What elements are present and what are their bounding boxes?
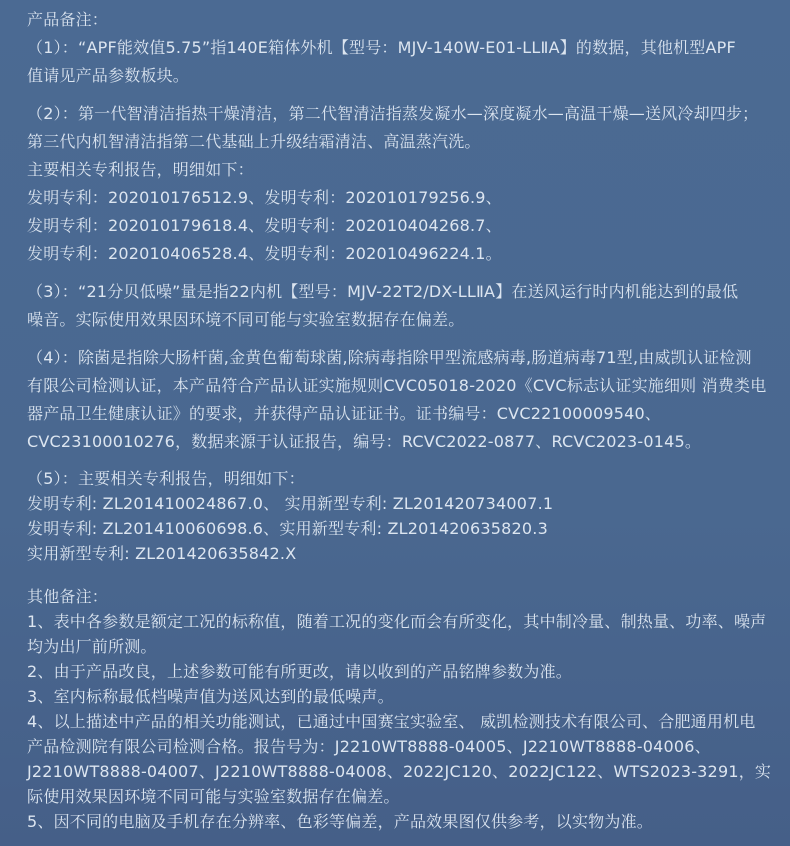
- patent-line: 发明专利：202010406528.4、发明专利：202010496224.1。: [27, 240, 770, 268]
- patent-line: 发明专利: ZL201410060698.6、实用新型专利: ZL2014206…: [27, 516, 770, 541]
- other-note-line: J2210WT8888-04007、J2210WT8888-04008、2022…: [27, 759, 770, 784]
- other-note-line: 1、表中各参数是额定工况的标称值，随着工况的变化而会有所变化，其中制冷量、制热量…: [27, 609, 770, 634]
- other-note-line: 3、室内标称最低档噪声值为送风达到的最低噪声。: [27, 684, 770, 709]
- note-line: 有限公司检测认证，本产品符合产品认证实施规则CVC05018-2020《CVC标…: [27, 372, 770, 400]
- note-paragraph-3: （3）：“21分贝低噪”量是指22内机【型号：MJV-22T2/DX-LLⅡA】…: [27, 278, 770, 334]
- other-note-line: 5、因不同的电脑及手机存在分辨率、色彩等偏差，产品效果图仅供参考，以实物为准。: [27, 809, 770, 834]
- patent-line: 实用新型专利: ZL201420635842.X: [27, 541, 770, 566]
- note-line: 噪音。实际使用效果因环境不同可能与实验室数据存在偏差。: [27, 306, 770, 334]
- other-note-line: 际使用效果因环境不同可能与实验室数据存在偏差。: [27, 784, 770, 809]
- note-line: （5）：主要相关专利报告，明细如下：: [27, 466, 770, 491]
- note-line: （2）：第一代智清洁指热干燥清洁，第二代智清洁指蒸发凝水—深度凝水—高温干燥—送…: [27, 100, 770, 128]
- note-paragraph-4: （4）：除菌是指除大肠杆菌,金黄色葡萄球菌,除病毒指除甲型流感病毒,肠道病毒71…: [27, 344, 770, 456]
- note-line: （1）：“APF能效值5.75”指140E箱体外机【型号：MJV-140W-E0…: [27, 34, 770, 62]
- note-line: （3）：“21分贝低噪”量是指22内机【型号：MJV-22T2/DX-LLⅡA】…: [27, 278, 770, 306]
- other-note-line: 产品检测院有限公司检测合格。报告号为：J2210WT8888-04005、J22…: [27, 734, 770, 759]
- patent-line: 发明专利：202010179618.4、发明专利：202010404268.7、: [27, 212, 770, 240]
- product-notes-title: 产品备注：: [27, 6, 770, 34]
- other-notes-block: 其他备注： 1、表中各参数是额定工况的标称值，随着工况的变化而会有所变化，其中制…: [27, 584, 770, 834]
- note-line: 值请见产品参数板块。: [27, 62, 770, 90]
- note-line: CVC23100010276，数据来源于认证报告，编号：RCVC2022-087…: [27, 428, 770, 456]
- other-note-line: 均为出厂前所测。: [27, 634, 770, 659]
- other-note-line: 2、由于产品改良，上述参数可能有所更改，请以收到的产品铭牌参数为准。: [27, 659, 770, 684]
- patent-line: 发明专利：202010176512.9、发明专利：202010179256.9、: [27, 184, 770, 212]
- note-paragraph-1: （1）：“APF能效值5.75”指140E箱体外机【型号：MJV-140W-E0…: [27, 34, 770, 90]
- note-paragraph-2: （2）：第一代智清洁指热干燥清洁，第二代智清洁指蒸发凝水—深度凝水—高温干燥—送…: [27, 100, 770, 268]
- note-paragraph-5: （5）：主要相关专利报告，明细如下： 发明专利: ZL201410024867.…: [27, 466, 770, 566]
- patent-line: 发明专利: ZL201410024867.0、 实用新型专利: ZL201420…: [27, 491, 770, 516]
- note-line: 第三代内机智清洁指第二代基础上升级结霜清洁、高温蒸汽洗。: [27, 128, 770, 156]
- other-note-line: 4、以上描述中产品的相关功能测试，已通过中国赛宝实验室、 威凯检测技术有限公司、…: [27, 709, 770, 734]
- note-line: 器产品卫生健康认证》的要求，并获得产品认证证书。证书编号：CVC22100009…: [27, 400, 770, 428]
- note-line: （4）：除菌是指除大肠杆菌,金黄色葡萄球菌,除病毒指除甲型流感病毒,肠道病毒71…: [27, 344, 770, 372]
- other-notes-title: 其他备注：: [27, 584, 770, 609]
- section-divider-space: [27, 566, 770, 584]
- product-remarks-panel: 产品备注： （1）：“APF能效值5.75”指140E箱体外机【型号：MJV-1…: [0, 0, 790, 834]
- note-line: 主要相关专利报告，明细如下：: [27, 156, 770, 184]
